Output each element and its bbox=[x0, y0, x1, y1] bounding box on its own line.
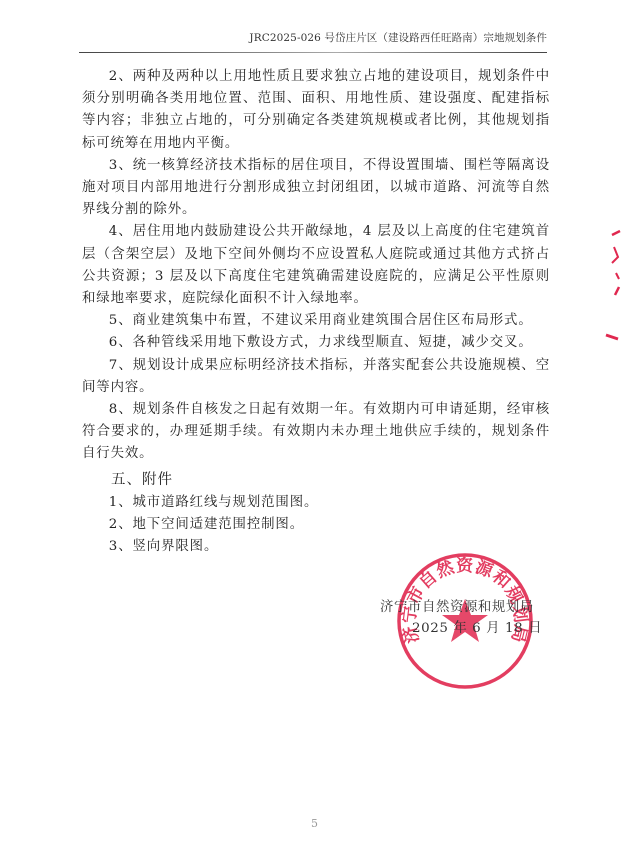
attachments-heading: 五、附件 bbox=[82, 468, 550, 492]
page-number: 5 bbox=[311, 817, 318, 830]
clause-4: 4、居住用地内鼓励建设公共开敞绿地，4 层及以上高度的住宅建筑首层（含架空层）及… bbox=[82, 221, 550, 310]
clause-2: 2、两种及两种以上用地性质且要求独立占地的建设项目，规划条件中须分别明确各类用地… bbox=[82, 66, 550, 155]
header-divider bbox=[79, 52, 547, 53]
seam-seal-fragment-icon bbox=[590, 205, 628, 345]
document-header: JRC2025-026 号岱庄片区（建设路西任旺路南）宗地规划条件 bbox=[79, 30, 547, 46]
clause-3: 3、统一核算经济技术指标的居住项目，不得设置围墙、围栏等隔离设施对项目内部用地进… bbox=[82, 155, 550, 222]
attachment-item-2: 2、地下空间适建范围控制图。 bbox=[82, 514, 550, 536]
issuer-name: 济宁市自然资源和规划局 bbox=[380, 596, 534, 615]
attachment-item-1: 1、城市道路红线与规划范围图。 bbox=[82, 492, 550, 514]
document-body: 2、两种及两种以上用地性质且要求独立占地的建设项目，规划条件中须分别明确各类用地… bbox=[82, 66, 550, 558]
clause-6: 6、各种管线采用地下敷设方式，力求线型顺直、短捷，减少交叉。 bbox=[82, 332, 550, 354]
clause-5: 5、商业建筑集中布置，不建议采用商业建筑围合居住区布局形式。 bbox=[82, 310, 550, 332]
clause-8: 8、规划条件自核发之日起有效期一年。有效期内可申请延期，经审核符合要求的，办理延… bbox=[82, 399, 550, 466]
clause-7: 7、规划设计成果应标明经济技术指标，并落实配套公共设施规模、空间等内容。 bbox=[82, 355, 550, 399]
issue-date: 2025 年 6 月 18 日 bbox=[412, 617, 542, 636]
